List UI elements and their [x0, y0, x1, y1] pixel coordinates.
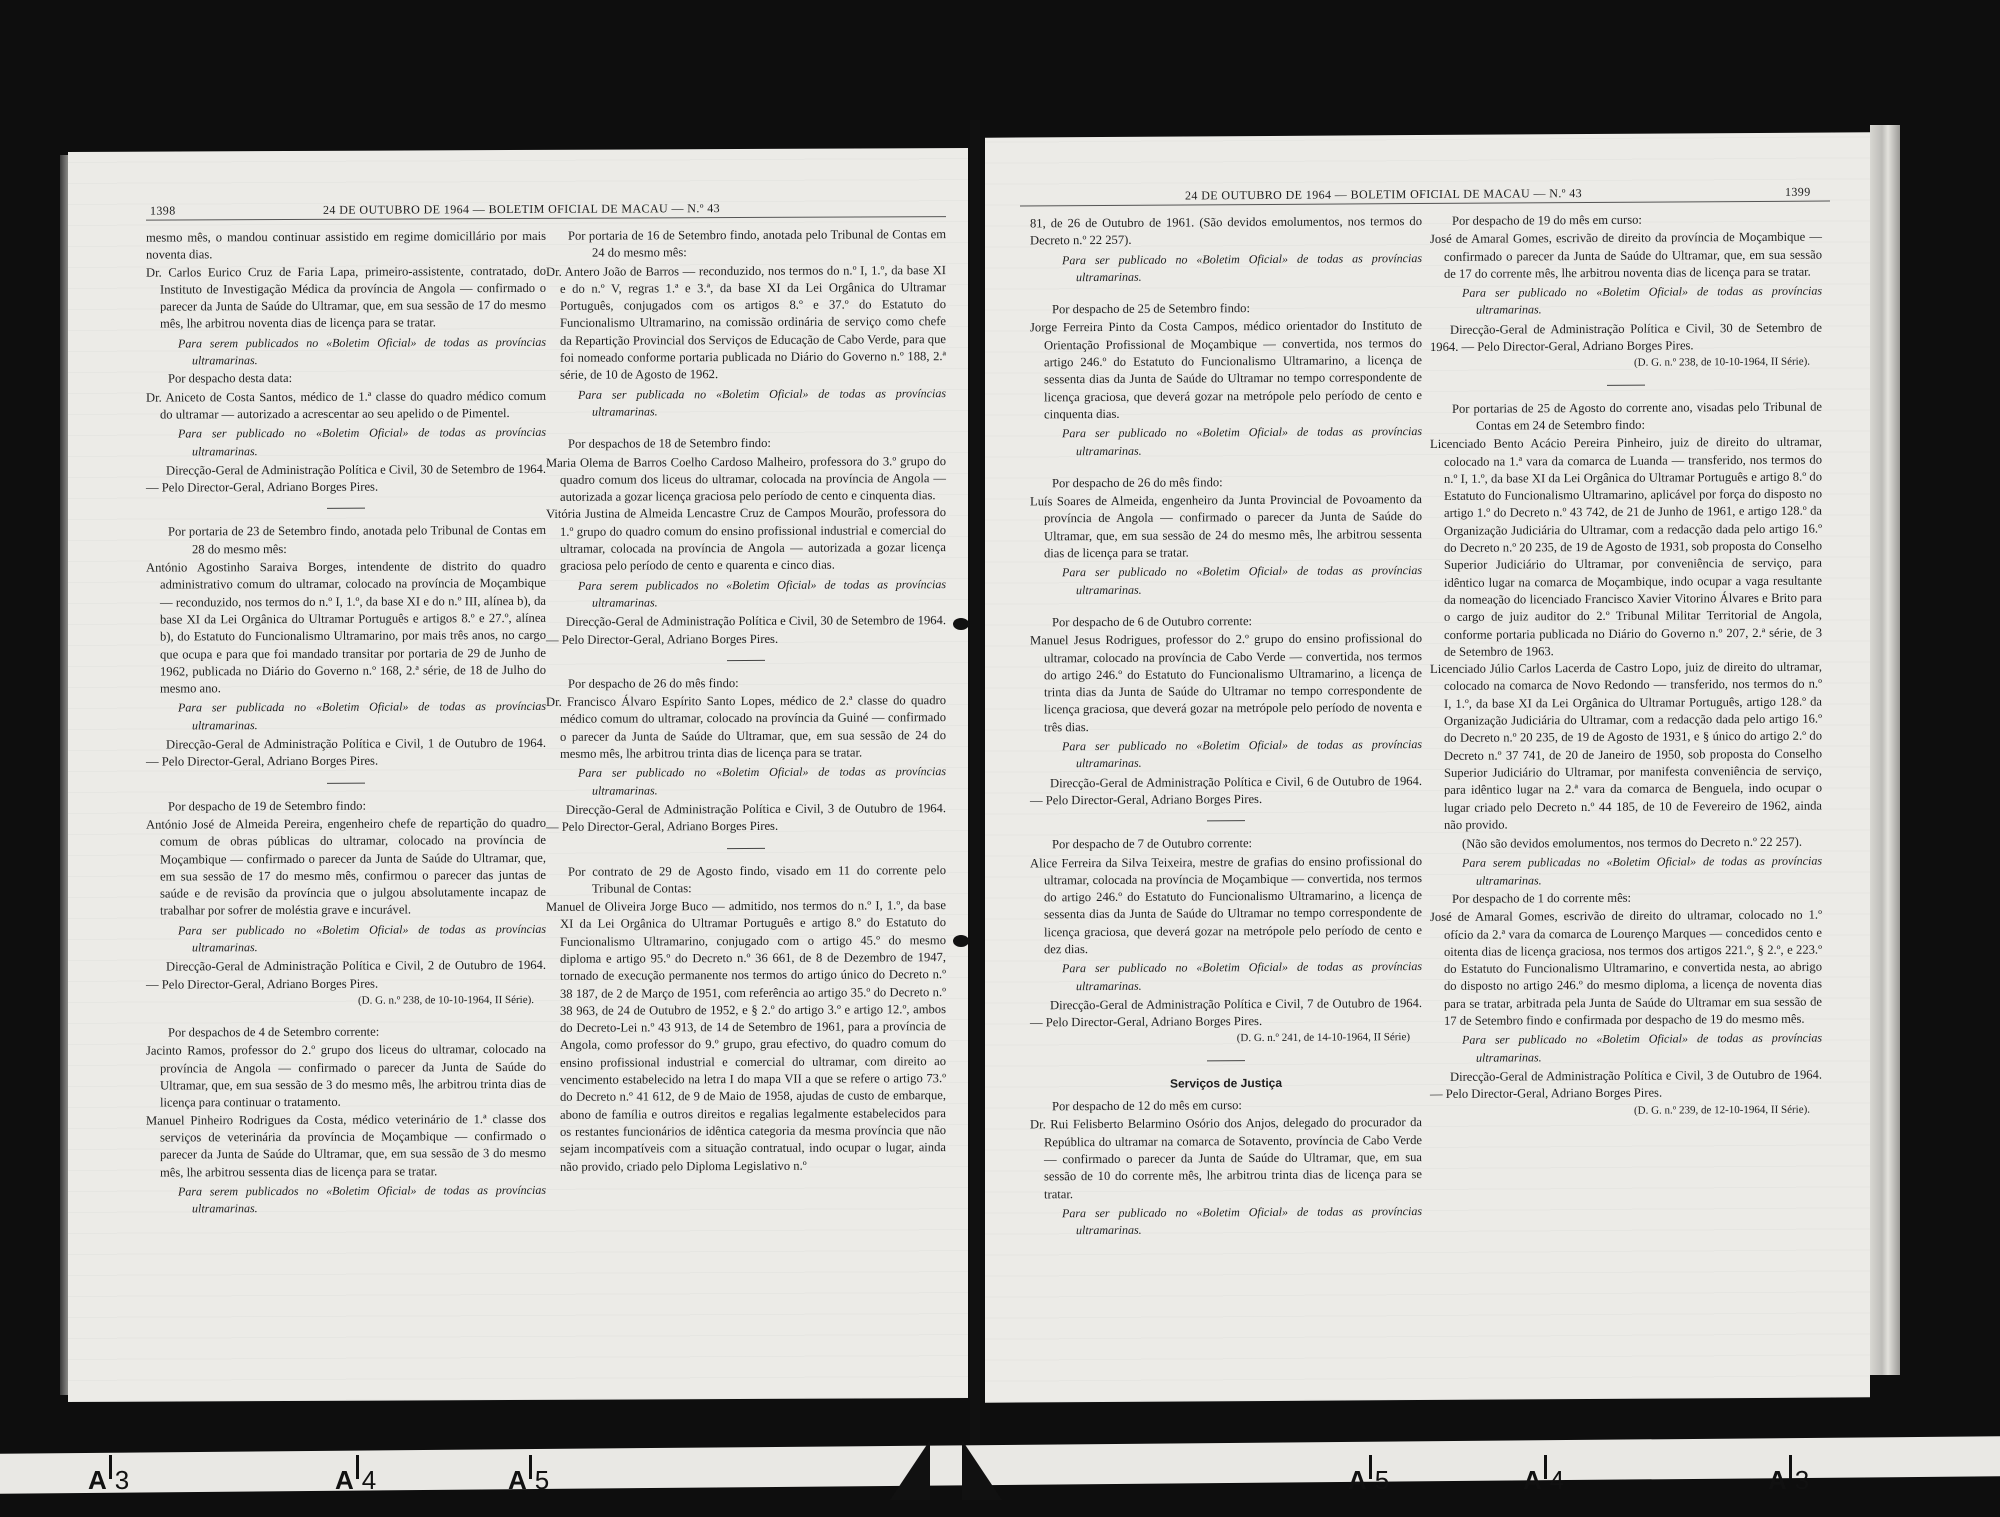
publication-note: Para ser publicado no «Boletim Oficial» …: [1030, 736, 1422, 773]
separator-rule: [327, 782, 365, 783]
column-left-2: Por portaria de 16 de Setembro findo, an…: [546, 226, 946, 1176]
gazette-reference: (D. G. n.º 239, de 12-10-1964, II Série)…: [1430, 1101, 1822, 1121]
column-right-1: 81, de 26 de Outubro de 1961. (São devid…: [1030, 213, 1422, 1241]
dispatch-heading: Por despacho de 7 de Outubro corrente:: [1030, 834, 1422, 854]
decree-entry: António Agostinho Saraiva Borges, intend…: [146, 558, 546, 698]
dispatch-heading: Por despacho de 1 do corrente mês:: [1430, 889, 1822, 909]
separator-rule: [1607, 384, 1645, 385]
dispatch-heading: Por despachos de 4 de Setembro corrente:: [146, 1023, 546, 1042]
publication-note: Para ser publicado no «Boletim Oficial» …: [1030, 423, 1422, 460]
decree-entry: Manuel Pinheiro Rodrigues da Costa, médi…: [146, 1111, 546, 1182]
film-marker: A3: [88, 1455, 129, 1496]
signature-line: Direcção-Geral de Administração Política…: [1430, 319, 1822, 356]
binding-clip-icon: [953, 618, 969, 630]
dispatch-heading: Por contrato de 29 de Agosto findo, visa…: [546, 862, 946, 898]
left-running-head: 24 DE OUTUBRO DE 1964 — BOLETIM OFICIAL …: [323, 201, 720, 218]
publication-note: Para ser publicado no «Boletim Oficial» …: [1430, 1030, 1822, 1067]
film-notch-right: [962, 1440, 1002, 1500]
decree-entry: Licenciado Júlio Carlos Lacerda de Castr…: [1430, 659, 1822, 834]
decree-entry: Licenciado Bento Acácio Pereira Pinheiro…: [1430, 434, 1822, 661]
separator-rule: [727, 660, 765, 661]
publication-note: Para serem publicados no «Boletim Oficia…: [546, 576, 946, 612]
publication-note: Para ser publicada no «Boletim Oficial» …: [146, 698, 546, 734]
publication-note: Para serem publicados no «Boletim Oficia…: [146, 1182, 546, 1218]
signature-line: Direcção-Geral de Administração Política…: [1030, 995, 1422, 1032]
publication-note: Para ser publicado no «Boletim Oficial» …: [546, 763, 946, 799]
right-page-number: 1399: [1785, 185, 1811, 200]
signature-line: Direcção-Geral de Administração Política…: [146, 461, 546, 497]
decree-entry: Manuel de Oliveira Jorge Buco — admitido…: [546, 897, 946, 1175]
publication-note: Para serem publicadas no «Boletim Oficia…: [1430, 853, 1822, 890]
dispatch-heading: Por despacho de 19 de Setembro findo:: [146, 796, 546, 815]
decree-entry: Dr. Francisco Álvaro Espírito Santo Lope…: [546, 692, 946, 763]
separator-rule: [727, 847, 765, 848]
dispatch-heading: Por despachos de 18 de Setembro findo:: [546, 434, 946, 453]
publication-note: Para ser publicado no «Boletim Oficial» …: [1030, 1203, 1422, 1240]
film-marker: A4: [335, 1455, 376, 1496]
decree-entry: Dr. Aniceto de Costa Santos, médico de 1…: [146, 388, 546, 424]
page-gutter: [970, 120, 980, 1450]
gazette-reference: (D. G. n.º 241, de 14-10-1964, II Série): [1030, 1030, 1422, 1050]
decree-entry: Luís Soares de Almeida, engenheiro da Ju…: [1030, 491, 1422, 563]
continued-paragraph: mesmo mês, o mandou continuar assistido …: [146, 228, 546, 264]
film-marker: A4: [1523, 1455, 1564, 1496]
column-left-1: mesmo mês, o mandou continuar assistido …: [146, 228, 546, 1219]
decree-entry: Vitória Justina de Almeida Lencastre Cru…: [546, 505, 946, 576]
separator-rule: [1207, 820, 1245, 821]
decree-entry: Dr. Rui Felisberto Belarmino Osório dos …: [1030, 1114, 1422, 1203]
dispatch-heading: Por despacho de 6 de Outubro corrente:: [1030, 612, 1422, 632]
dispatch-heading: Por despacho de 25 de Setembro findo:: [1030, 299, 1422, 319]
dispatch-heading: Por portaria de 16 de Setembro findo, an…: [546, 226, 946, 262]
dispatch-heading: Por despacho de 26 do mês findo:: [1030, 473, 1422, 493]
decree-entry: Maria Olema de Barros Coelho Cardoso Mal…: [546, 453, 946, 507]
film-marker: A5: [508, 1455, 549, 1496]
right-page-edge: [1870, 125, 1900, 1375]
decree-entry: Dr. Antero João de Barros — reconduzido,…: [546, 262, 946, 385]
signature-line: Direcção-Geral de Administração Política…: [546, 612, 946, 648]
gazette-reference: (D. G. n.º 238, de 10-10-1964, II Série)…: [1430, 354, 1822, 374]
gazette-reference: (D. G. n.º 238, de 10-10-1964, II Série)…: [146, 992, 546, 1011]
dispatch-heading: Por portaria de 23 de Setembro findo, an…: [146, 522, 546, 558]
decree-entry: José de Amaral Gomes, escrivão de direit…: [1430, 229, 1822, 283]
decree-entry: Alice Ferreira da Silva Teixeira, mestre…: [1030, 853, 1422, 959]
right-page: 24 DE OUTUBRO DE 1964 — BOLETIM OFICIAL …: [985, 132, 1870, 1402]
separator-rule: [327, 508, 365, 509]
film-marker: A5: [1348, 1455, 1389, 1496]
film-marker: A3: [1768, 1455, 1809, 1496]
film-notch-left: [890, 1440, 930, 1500]
publication-note: Para ser publicado no «Boletim Oficial» …: [1030, 562, 1422, 599]
publication-note: Para ser publicado no «Boletim Oficial» …: [146, 921, 546, 957]
dispatch-heading: Por despacho desta data:: [146, 369, 546, 388]
dispatch-heading: Por despacho de 12 do mês em curso:: [1030, 1096, 1422, 1116]
binding-clip-icon: [953, 935, 969, 947]
signature-line: Direcção-Geral de Administração Política…: [146, 735, 546, 771]
emolument-note: (Não são devidos emolumentos, nos termos…: [1430, 834, 1822, 854]
decree-entry: António José de Almeida Pereira, engenhe…: [146, 815, 546, 921]
decree-entry: Dr. Carlos Eurico Cruz de Faria Lapa, pr…: [146, 262, 546, 333]
dispatch-heading: Por portarias de 25 de Agosto do corrent…: [1430, 398, 1822, 435]
separator-rule: [1207, 1060, 1245, 1061]
decree-entry: Jorge Ferreira Pinto da Costa Campos, mé…: [1030, 318, 1422, 424]
decree-entry: José de Amaral Gomes, escrivão de direit…: [1430, 907, 1822, 1030]
column-right-2: Por despacho de 19 do mês em curso:José …: [1430, 211, 1822, 1121]
publication-note: Para ser publicada no «Boletim Oficial» …: [546, 385, 946, 421]
dispatch-heading: Por despacho de 19 do mês em curso:: [1430, 211, 1822, 231]
dispatch-heading: Por despacho de 26 do mês findo:: [546, 674, 946, 693]
signature-line: Direcção-Geral de Administração Política…: [1030, 773, 1422, 810]
signature-line: Direcção-Geral de Administração Política…: [1430, 1067, 1822, 1104]
publication-note: Para ser publicado no «Boletim Oficial» …: [146, 424, 546, 460]
publication-note: Para ser publicado no «Boletim Oficial» …: [1030, 958, 1422, 995]
publication-note: Para serem publicados no «Boletim Oficia…: [146, 334, 546, 370]
continued-paragraph: 81, de 26 de Outubro de 1961. (São devid…: [1030, 213, 1422, 250]
section-title: Serviços de Justiça: [1030, 1074, 1422, 1094]
signature-line: Direcção-Geral de Administração Política…: [146, 957, 546, 993]
decree-entry: Manuel Jesus Rodrigues, professor do 2.º…: [1030, 630, 1422, 736]
publication-note: Para ser publicado no «Boletim Oficial» …: [1030, 250, 1422, 287]
decree-entry: Jacinto Ramos, professor do 2.º grupo do…: [146, 1041, 546, 1112]
left-page-number: 1398: [150, 203, 176, 218]
publication-note: Para ser publicado no «Boletim Oficial» …: [1430, 283, 1822, 320]
left-page: 1398 24 DE OUTUBRO DE 1964 — BOLETIM OFI…: [68, 148, 968, 1402]
signature-line: Direcção-Geral de Administração Política…: [546, 800, 946, 836]
right-running-head: 24 DE OUTUBRO DE 1964 — BOLETIM OFICIAL …: [1185, 186, 1582, 203]
